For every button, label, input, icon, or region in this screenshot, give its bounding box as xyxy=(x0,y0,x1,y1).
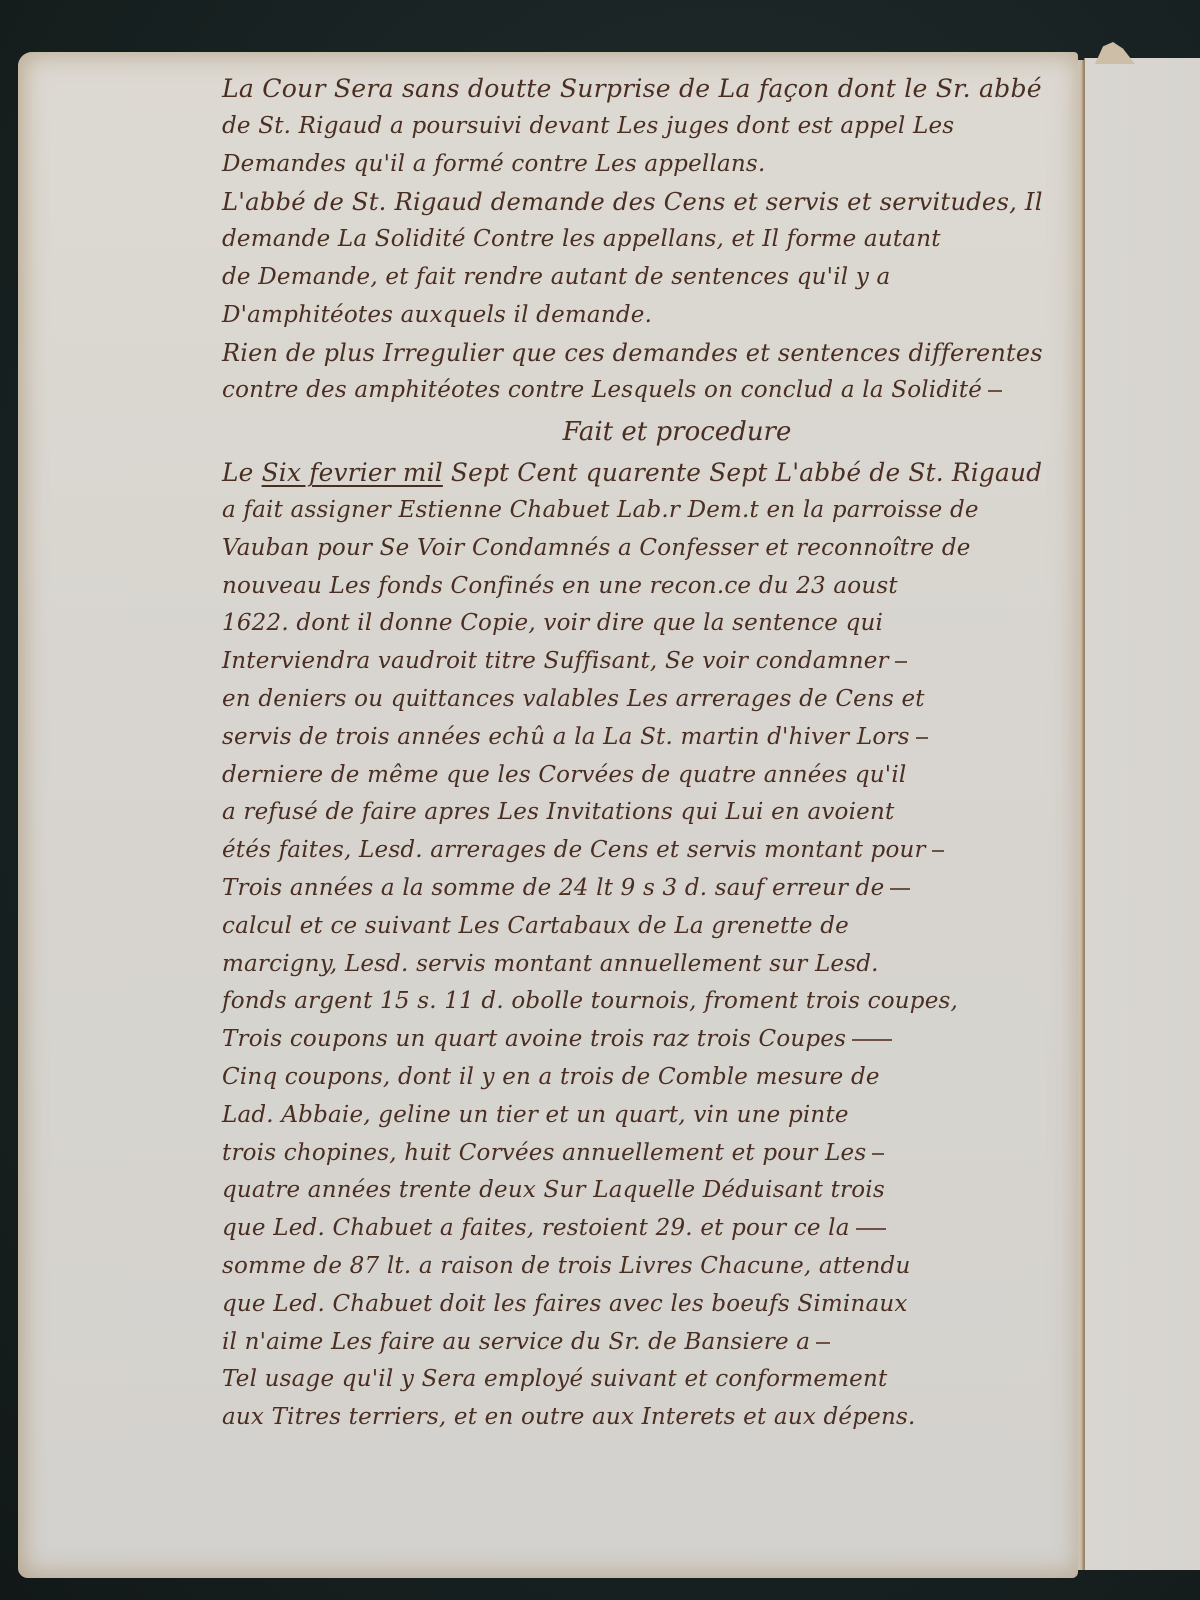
text-line: Trois coupons un quart avoine trois raz … xyxy=(222,1021,1052,1059)
text-line: Demandes qu'il a formé contre Les appell… xyxy=(222,146,1052,184)
text-line: il n'aime Les faire au service du Sr. de… xyxy=(222,1324,1052,1362)
text-line: Le Six fevrier mil Sept Cent quarente Se… xyxy=(222,454,1052,492)
text-line: de St. Rigaud a poursuivi devant Les jug… xyxy=(222,108,1052,146)
text-line: de Demande, et fait rendre autant de sen… xyxy=(222,259,1052,297)
text-line: servis de trois années echû a la La St. … xyxy=(222,719,1052,757)
text-line: que Led. Chabuet a faites, restoient 29.… xyxy=(222,1210,1052,1248)
text-line: La Cour Sera sans doutte Surprise de La … xyxy=(222,70,1052,108)
line-filler-dash xyxy=(852,1039,892,1041)
section-heading: Fait et procedure xyxy=(222,410,1052,454)
text-line: Trois années a la somme de 24 lt 9 s 3 d… xyxy=(222,870,1052,908)
facing-page-edge xyxy=(1084,58,1200,1570)
text-line: trois chopines, huit Corvées annuellemen… xyxy=(222,1135,1052,1173)
text-line: que Led. Chabuet doit les faires avec le… xyxy=(222,1286,1052,1324)
text-line: derniere de même que les Corvées de quat… xyxy=(222,757,1052,795)
manuscript-text: La Cour Sera sans doutte Surprise de La … xyxy=(222,70,1052,1437)
line-filler-dash xyxy=(816,1342,830,1344)
text-line: Interviendra vaudroit titre Suffisant, S… xyxy=(222,643,1052,681)
text-line: D'amphitéotes auxquels il demande. xyxy=(222,297,1052,335)
line-filler-dash xyxy=(890,888,910,890)
text-line: étés faites, Lesd. arrerages de Cens et … xyxy=(222,832,1052,870)
text-line: L'abbé de St. Rigaud demande des Cens et… xyxy=(222,183,1052,221)
line-filler-dash xyxy=(916,737,928,739)
text-line: demande La Solidité Contre les appellans… xyxy=(222,221,1052,259)
text-line: fonds argent 15 s. 11 d. obolle tournois… xyxy=(222,983,1052,1021)
text-line: quatre années trente deux Sur Laquelle D… xyxy=(222,1172,1052,1210)
line-filler-dash xyxy=(895,661,907,663)
text-line: 1622. dont il donne Copie, voir dire que… xyxy=(222,605,1052,643)
text-line: en deniers ou quittances valables Les ar… xyxy=(222,681,1052,719)
text-line: marcigny, Lesd. servis montant annuellem… xyxy=(222,946,1052,984)
text-line: Cinq coupons, dont il y en a trois de Co… xyxy=(222,1059,1052,1097)
text-line: a refusé de faire apres Les Invitations … xyxy=(222,794,1052,832)
text-line: contre des amphitéotes contre Lesquels o… xyxy=(222,372,1052,410)
text-line: calcul et ce suivant Les Cartabaux de La… xyxy=(222,908,1052,946)
text-line: Vauban pour Se Voir Condamnés a Confesse… xyxy=(222,530,1052,568)
text-line: nouveau Les fonds Confinés en une recon.… xyxy=(222,568,1052,606)
line-filler-dash xyxy=(872,1153,884,1155)
text-line: Rien de plus Irregulier que ces demandes… xyxy=(222,335,1052,373)
line-filler-dash xyxy=(932,850,944,852)
underlined-date: Six fevrier mil xyxy=(262,458,443,487)
text-line: Tel usage qu'il y Sera employé suivant e… xyxy=(222,1361,1052,1399)
text-line: Lad. Abbaie, geline un tier et un quart,… xyxy=(222,1097,1052,1135)
line-filler-dash xyxy=(856,1228,886,1230)
text-line: a fait assigner Estienne Chabuet Lab.r D… xyxy=(222,492,1052,530)
text-line: somme de 87 lt. a raison de trois Livres… xyxy=(222,1248,1052,1286)
text-line: aux Titres terriers, et en outre aux Int… xyxy=(222,1399,1052,1437)
line-filler-dash xyxy=(988,390,1002,392)
